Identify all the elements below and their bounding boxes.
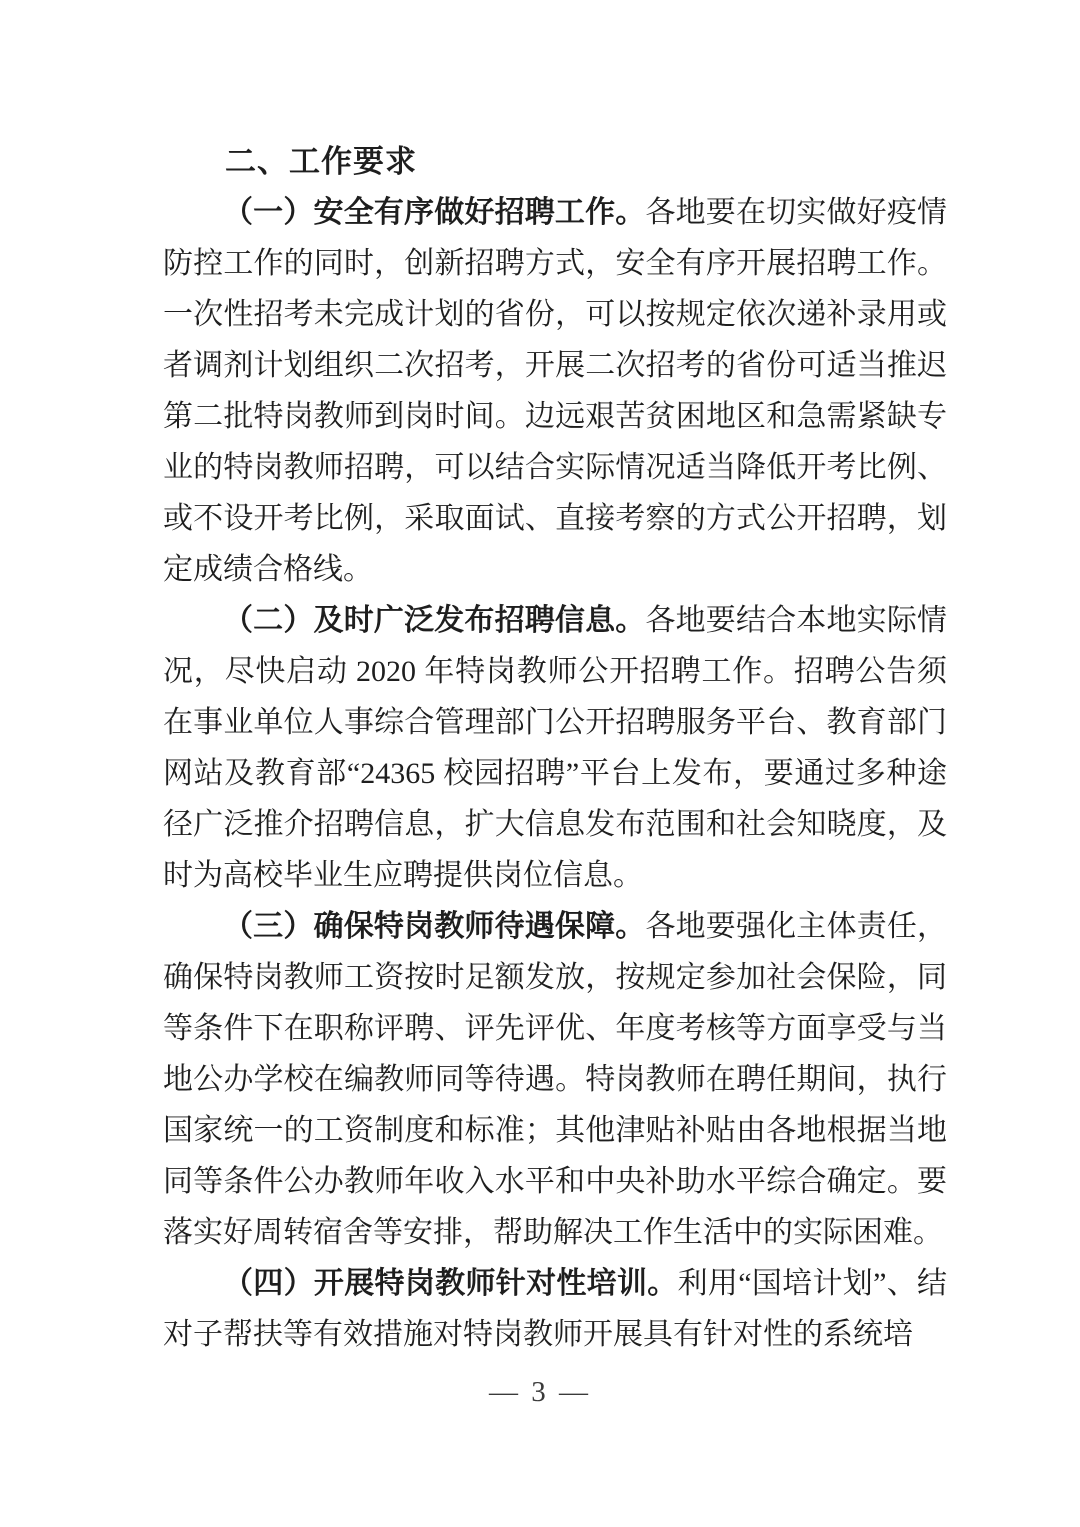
paragraph-4-lead: （四）开展特岗教师针对性培训。: [223, 1267, 678, 1300]
paragraph-3-text: 各地要强化主体责任，确保特岗教师工资按时足额发放，按规定参加社会保险，同等条件下…: [163, 910, 947, 1249]
paragraph-4: （四）开展特岗教师针对性培训。利用“国培计划”、结对子帮扶等有效措施对特岗教师开…: [163, 1258, 947, 1360]
section-heading: 二、工作要求: [163, 136, 947, 187]
document-body: 二、工作要求 （一）安全有序做好招聘工作。各地要在切实做好疫情防控工作的同时，创…: [163, 136, 947, 1360]
paragraph-3-lead: （三）确保特岗教师待遇保障。: [223, 910, 645, 943]
paragraph-1-lead: （一）安全有序做好招聘工作。: [223, 196, 645, 229]
document-page: 二、工作要求 （一）安全有序做好招聘工作。各地要在切实做好疫情防控工作的同时，创…: [0, 0, 1080, 1527]
page-number: — 3 —: [0, 1376, 1080, 1409]
paragraph-2: （二）及时广泛发布招聘信息。各地要结合本地实际情况，尽快启动 2020 年特岗教…: [163, 595, 947, 901]
paragraph-1-text: 各地要在切实做好疫情防控工作的同时，创新招聘方式，安全有序开展招聘工作。一次性招…: [163, 196, 947, 586]
paragraph-2-text: 各地要结合本地实际情况，尽快启动 2020 年特岗教师公开招聘工作。招聘公告须在…: [163, 604, 947, 892]
paragraph-1: （一）安全有序做好招聘工作。各地要在切实做好疫情防控工作的同时，创新招聘方式，安…: [163, 187, 947, 595]
paragraph-2-lead: （二）及时广泛发布招聘信息。: [223, 604, 645, 637]
paragraph-3: （三）确保特岗教师待遇保障。各地要强化主体责任，确保特岗教师工资按时足额发放，按…: [163, 901, 947, 1258]
